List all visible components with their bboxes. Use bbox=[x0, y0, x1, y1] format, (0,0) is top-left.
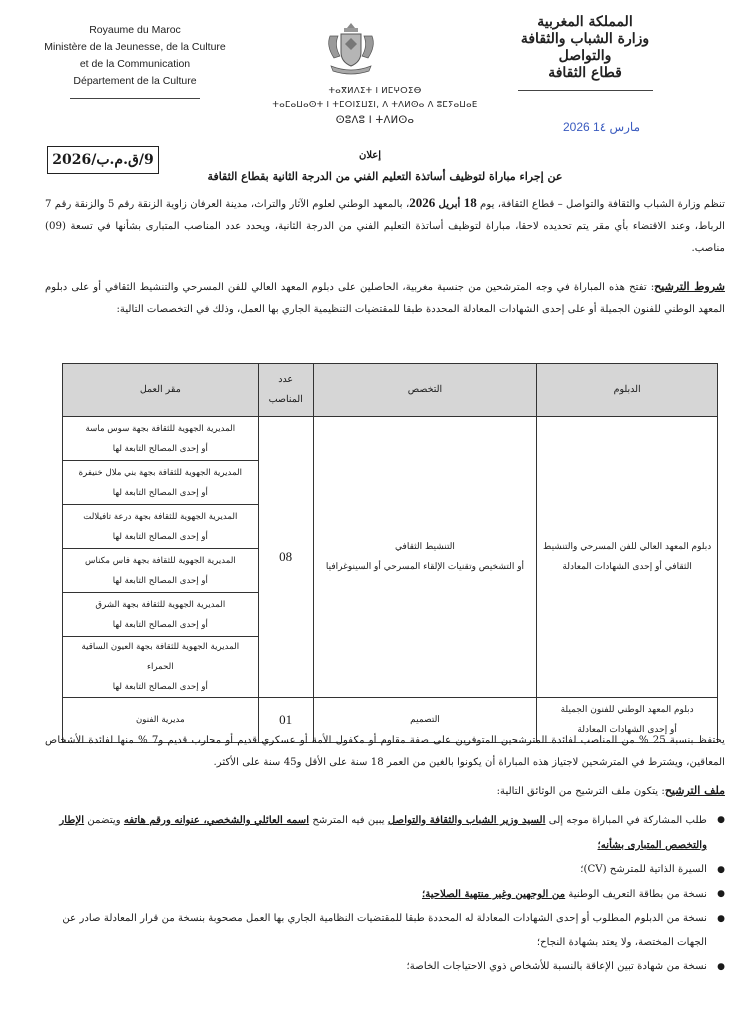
location-line2: أو إحدى المصالح التابعة لها bbox=[67, 571, 254, 591]
fr-line-ministry: Ministère de la Jeunesse, de la Culture bbox=[40, 39, 230, 56]
list-item: السيرة الذاتية للمترشح (CV)؛ bbox=[45, 858, 725, 882]
location-line2: أو إحدى المصالح التابعة لها bbox=[67, 527, 254, 547]
location-line2: أو إحدى المصالح التابعة لها bbox=[67, 483, 254, 503]
quota-paragraph: يحتفظ بنسبة 25 % من المناصب لفائدة المتر… bbox=[45, 730, 725, 774]
reference-number: 9/ق.م.ب/2026 bbox=[52, 152, 153, 168]
location-line1: المديرية الجهوية للثقافة بجهة سوس ماسة bbox=[67, 419, 254, 439]
intro-text-1: تنظم وزارة الشباب والثقافة والتواصل – قط… bbox=[480, 199, 725, 210]
required-documents-list: طلب المشاركة في المباراة موجه إلى السيد … bbox=[45, 808, 725, 979]
file-paragraph: ملف الترشيح: يتكون ملف الترشيح من الوثائ… bbox=[45, 780, 725, 803]
specialty-cell: التنشيط الثقافي أو التشخيص وتقنيات الإلق… bbox=[313, 417, 537, 698]
header-count: عدد المناصب bbox=[258, 364, 313, 417]
header-count-line1: عدد bbox=[263, 370, 309, 390]
location-cell: المديرية الجهوية للثقافة بجهة العيون الس… bbox=[63, 637, 259, 698]
exam-month: أبريل bbox=[439, 198, 461, 210]
list-item: نسخة من شهادة تبين الإعاقة بالنسبة للأشخ… bbox=[45, 955, 725, 979]
location-line1: المديرية الجهوية للثقافة بجهة الشرق bbox=[67, 595, 254, 615]
table-row: دبلوم المعهد العالي للفن المسرحي والتنشي… bbox=[63, 417, 718, 461]
french-letterhead: Royaume du Maroc Ministère de la Jeuness… bbox=[40, 22, 230, 99]
specialty-line2: أو التشخيص وتقنيات الإلقاء المسرحي أو ال… bbox=[318, 557, 533, 577]
ar-line-communication: والتواصل bbox=[490, 48, 680, 65]
item-text: ويتضمن bbox=[84, 815, 124, 826]
fr-line-communication: et de la Communication bbox=[40, 56, 230, 73]
list-item: نسخة من بطاقة التعريف الوطنية من الوجهين… bbox=[45, 882, 725, 907]
exam-day: 18 bbox=[464, 195, 477, 210]
location-cell: المديرية الجهوية للثقافة بجهة بني ملال خ… bbox=[63, 461, 259, 505]
location-line2: أو إحدى المصالح التابعة لها bbox=[67, 677, 254, 697]
table-header-row: الدبلوم التخصص عدد المناصب مقر العمل bbox=[63, 364, 718, 417]
header-specialty: التخصص bbox=[313, 364, 537, 417]
ar-line-ministry: وزارة الشباب والثقافة bbox=[490, 31, 680, 48]
item-text: يبين فيه المترشح bbox=[309, 815, 388, 826]
location-cell: المديرية الجهوية للثقافة بجهة درعة تافيل… bbox=[63, 505, 259, 549]
location-cell: المديرية الجهوية للثقافة بجهة سوس ماسة أ… bbox=[63, 417, 259, 461]
item-bold: السيد وزير الشباب والثقافة والتواصل bbox=[388, 814, 546, 826]
count-cell: 08 bbox=[258, 417, 313, 698]
item-text: نسخة من بطاقة التعريف الوطنية bbox=[565, 889, 707, 900]
header-location: مقر العمل bbox=[63, 364, 259, 417]
item-bold: من الوجهين وغير منتهية الصلاحية؛ bbox=[422, 888, 565, 900]
location-cell: المديرية الجهوية للثقافة بجهة فاس مكناس … bbox=[63, 549, 259, 593]
tifinagh-line-department: ⵙⵓⴷⵓ ⵏ ⵜⴷⵍⵙⴰ bbox=[255, 114, 495, 128]
location-line1: المديرية الجهوية للثقافة بجهة العيون الس… bbox=[67, 637, 254, 677]
ar-header-divider bbox=[518, 90, 653, 91]
conditions-label: شروط الترشيح bbox=[654, 280, 725, 293]
header-count-line2: المناصب bbox=[263, 390, 309, 410]
location-line2: أو إحدى المصالح التابعة لها bbox=[67, 615, 254, 635]
positions-table: الدبلوم التخصص عدد المناصب مقر العمل دبل… bbox=[62, 363, 718, 743]
announcement-label: إعلان bbox=[340, 150, 400, 161]
location-line1: المديرية الجهوية للثقافة بجهة درعة تافيل… bbox=[67, 507, 254, 527]
location-line1: المديرية الجهوية للثقافة بجهة فاس مكناس bbox=[67, 551, 254, 571]
file-label: ملف الترشيح bbox=[665, 784, 725, 797]
list-item: طلب المشاركة في المباراة موجه إلى السيد … bbox=[45, 808, 725, 858]
exam-year: 2026 bbox=[409, 195, 435, 210]
location-cell: المديرية الجهوية للثقافة بجهة الشرق أو إ… bbox=[63, 593, 259, 637]
ar-line-department: قطاع الثقافة bbox=[490, 65, 680, 82]
conditions-paragraph: شروط الترشيح: تفتح هذه المباراة في وجه ا… bbox=[45, 276, 725, 321]
fr-line-department: Département de la Culture bbox=[40, 73, 230, 90]
date-stamp: 2026 مارس 1٤ bbox=[563, 120, 640, 134]
diploma-line1: دبلوم المعهد الوطني للفنون الجميلة bbox=[541, 700, 713, 720]
item-bold: اسمه العائلي والشخصي، عنوانه ورقم هاتفه bbox=[124, 814, 309, 826]
diploma-cell: دبلوم المعهد العالي للفن المسرحي والتنشي… bbox=[537, 417, 718, 698]
location-line2: أو إحدى المصالح التابعة لها bbox=[67, 439, 254, 459]
fr-line-kingdom: Royaume du Maroc bbox=[40, 22, 230, 39]
header-diploma: الدبلوم bbox=[537, 364, 718, 417]
location-line1: المديرية الجهوية للثقافة بجهة بني ملال خ… bbox=[67, 463, 254, 483]
tifinagh-letterhead: ⵜⴰⴳⵍⴷⵉⵜ ⵏ ⵍⵎⵖⵔⵉⴱ ⵜⴰⵎⴰⵡⴰⵙⵜ ⵏ ⵜⵎⵔⵏⵉⵡⵉⵏ, ⴷ … bbox=[255, 84, 495, 128]
specialty-line1: التنشيط الثقافي bbox=[318, 537, 533, 557]
tifinagh-line-kingdom: ⵜⴰⴳⵍⴷⵉⵜ ⵏ ⵍⵎⵖⵔⵉⴱ bbox=[255, 84, 495, 98]
conditions-text: : تفتح هذه المباراة في وجه المترشحين من … bbox=[45, 282, 725, 315]
moroccan-coat-of-arms-icon bbox=[322, 20, 380, 78]
file-text: : يتكون ملف الترشيح من الوثائق التالية: bbox=[497, 786, 665, 797]
item-text: طلب المشاركة في المباراة موجه إلى bbox=[545, 815, 707, 826]
intro-paragraph: تنظم وزارة الشباب والثقافة والتواصل – قط… bbox=[45, 192, 725, 260]
fr-header-divider bbox=[70, 98, 200, 99]
arabic-letterhead: المملكة المغربية وزارة الشباب والثقافة و… bbox=[490, 14, 680, 91]
list-item: نسخة من الدبلوم المطلوب أو إحدى الشهادات… bbox=[45, 907, 725, 955]
tifinagh-line-ministry: ⵜⴰⵎⴰⵡⴰⵙⵜ ⵏ ⵜⵎⵔⵏⵉⵡⵉⵏ, ⴷ ⵜⴷⵍⵙⴰ ⴷ ⵓⵎⵢⴰⵡⴰⴹ bbox=[255, 98, 495, 112]
ar-line-kingdom: المملكة المغربية bbox=[490, 14, 680, 31]
announcement-title: عن إجراء مباراة لتوظيف أساتذة التعليم ال… bbox=[120, 170, 650, 183]
